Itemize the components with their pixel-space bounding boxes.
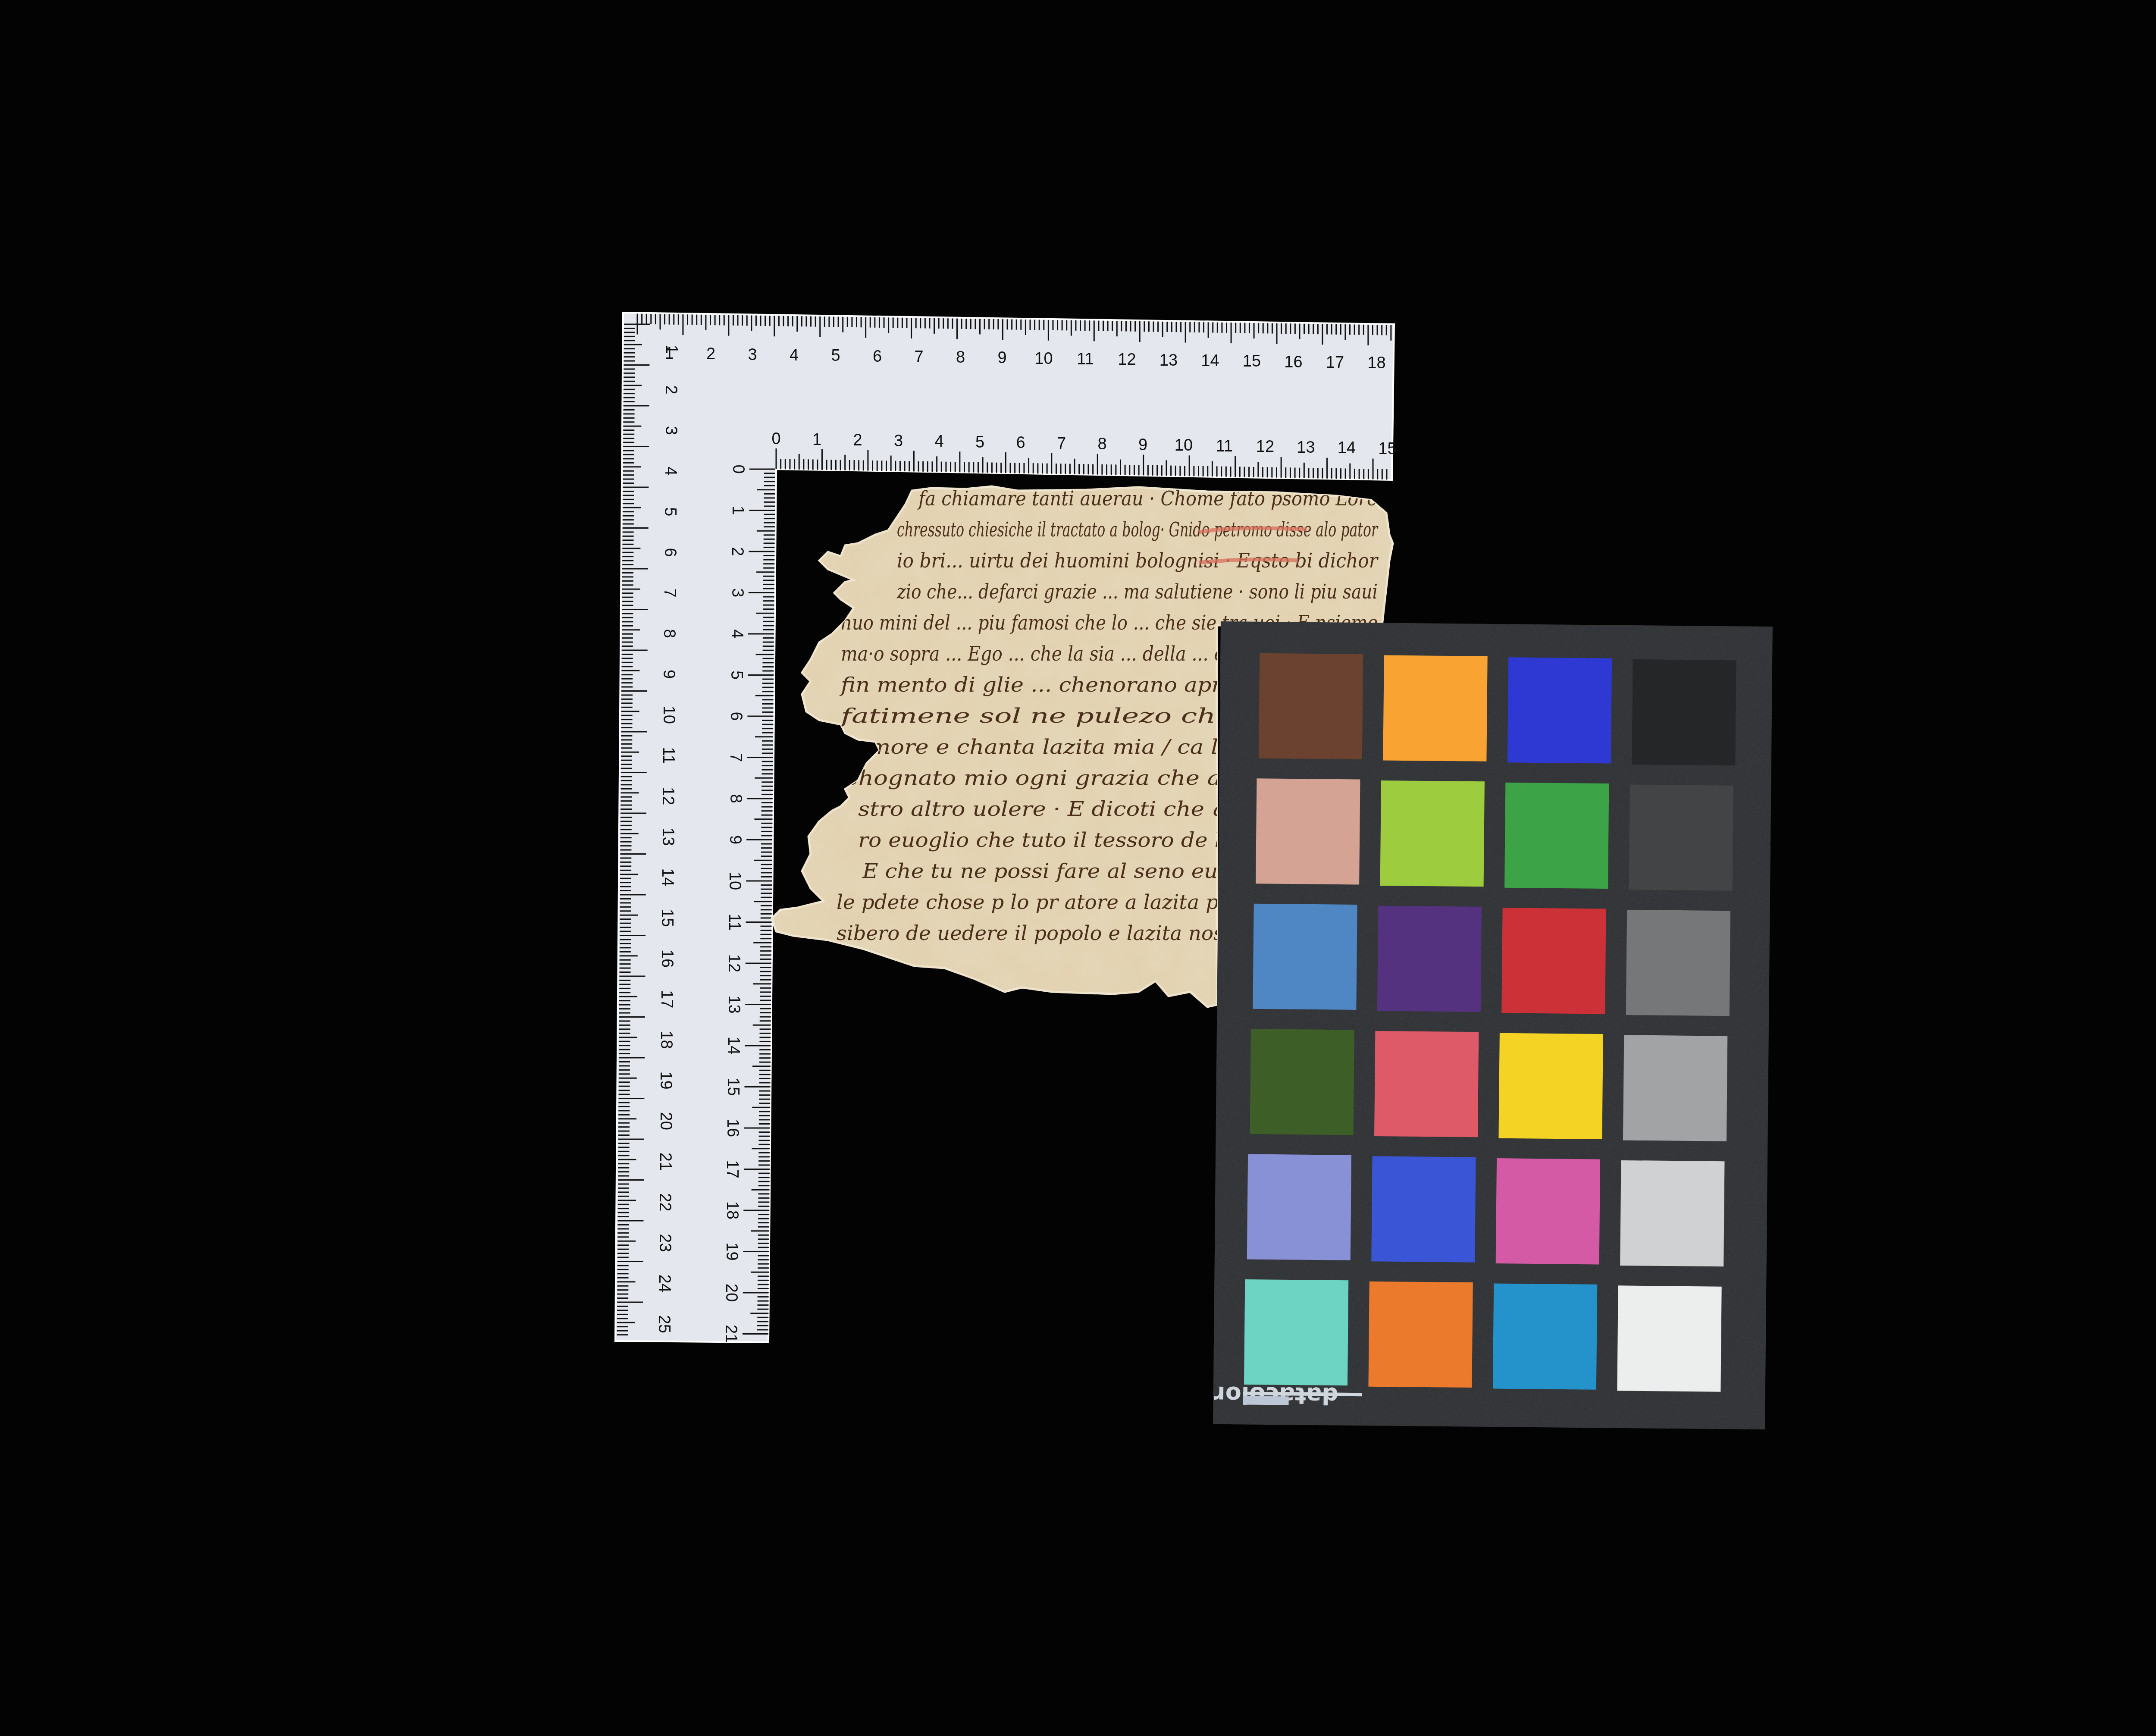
color-patch-r6-c3 <box>1493 1284 1597 1390</box>
color-patch-r6-c4 <box>1617 1285 1721 1391</box>
ruler-label-outer-left: 10 <box>660 706 678 724</box>
ruler-label-inner-top: 7 <box>1057 435 1066 453</box>
ruler-label-inner-left: 13 <box>725 995 743 1013</box>
color-patch-r2-c1 <box>1256 778 1360 884</box>
color-patch-r3-c2 <box>1377 906 1482 1012</box>
ruler-label-outer-left: 23 <box>656 1234 674 1252</box>
ruler-label-outer-left: 3 <box>662 426 680 435</box>
ruler-label-outer-top: 9 <box>997 349 1006 367</box>
logo-bar <box>1243 1396 1289 1405</box>
ruler-label-inner-left: 11 <box>725 914 743 931</box>
ruler-label-outer-left: 7 <box>661 589 679 598</box>
ruler-label-inner-left: 16 <box>724 1119 742 1137</box>
color-patch-r1-c3 <box>1507 657 1612 763</box>
ruler-label-inner-left: 10 <box>726 872 744 890</box>
ruler-label-outer-top: 16 <box>1284 353 1302 371</box>
color-patch-r5-c1 <box>1247 1154 1351 1260</box>
ruler-label-inner-top: 3 <box>894 432 903 450</box>
ruler-label-inner-left: 12 <box>725 954 743 972</box>
ruler-label-inner-left: 20 <box>722 1284 740 1302</box>
color-patch-r5-c3 <box>1496 1158 1600 1264</box>
color-patch-r5-c2 <box>1371 1156 1476 1262</box>
ruler-label-inner-left: 17 <box>723 1160 741 1178</box>
ruler-label-inner-top: 12 <box>1256 438 1274 456</box>
ruler-label-outer-top: 17 <box>1326 354 1344 372</box>
ruler-label-outer-top: 6 <box>873 348 882 366</box>
manuscript-line: io bri... uirtu dei huomini bolognisi · … <box>897 549 1379 572</box>
ruler-label-inner-left: 1 <box>729 506 747 515</box>
color-patch-r2-c2 <box>1380 780 1485 887</box>
color-patch-r5-c4 <box>1620 1160 1724 1266</box>
color-patch-r3-c1 <box>1253 904 1357 1010</box>
color-patch-r1-c1 <box>1259 653 1363 759</box>
ruler-label-outer-left: 13 <box>659 827 677 846</box>
ruler-label-inner-left: 15 <box>724 1078 742 1096</box>
ruler-label-outer-top: 11 <box>1077 350 1094 368</box>
ruler-label-outer-left: 9 <box>660 670 678 679</box>
ruler-label-outer-left: 2 <box>662 385 680 395</box>
ruler-label-outer-left: 8 <box>660 629 678 638</box>
ruler-label-outer-left: 12 <box>659 787 677 805</box>
ruler-label-outer-top: 15 <box>1243 352 1261 370</box>
ruler-label-inner-top: 10 <box>1175 436 1193 454</box>
ruler-label-inner-left: 6 <box>727 711 745 721</box>
color-patch-r3-c3 <box>1501 908 1606 1014</box>
ruler-label-outer-top: 8 <box>956 348 965 367</box>
ruler-label-outer-top: 10 <box>1034 350 1053 368</box>
ruler-label-inner-top: 4 <box>934 432 943 451</box>
ruler-label-inner-left: 21 <box>722 1325 740 1343</box>
ruler-label-inner-left: 14 <box>724 1037 743 1055</box>
ruler-label-outer-left: 15 <box>658 909 676 927</box>
color-patch-r6-c1 <box>1244 1279 1348 1385</box>
ruler-label-inner-left: 3 <box>728 588 746 597</box>
ruler-label-outer-left: 21 <box>656 1153 674 1171</box>
ruler-label-inner-top: 5 <box>975 433 984 451</box>
ruler-label-outer-left: 18 <box>657 1031 675 1049</box>
ruler-label-inner-left: 4 <box>728 629 746 638</box>
color-patch-r4-c4 <box>1623 1035 1727 1141</box>
color-patch-r4-c1 <box>1250 1029 1354 1135</box>
ruler-label-inner-top: 6 <box>1016 434 1025 452</box>
ruler-label-outer-top: 14 <box>1201 352 1219 370</box>
ruler-label-inner-top: 13 <box>1297 439 1315 457</box>
ruler-label-inner-left: 9 <box>726 835 744 844</box>
ruler-label-outer-top: 12 <box>1118 351 1136 369</box>
ruler-label-inner-left: 7 <box>727 753 745 762</box>
ruler-label-inner-top: 15 <box>1378 440 1396 458</box>
ruler-label-outer-top: 18 <box>1367 354 1385 372</box>
color-patch-r2-c3 <box>1504 783 1609 889</box>
ruler-label-inner-top: 9 <box>1138 436 1147 454</box>
ruler-label-outer-top: 13 <box>1159 351 1178 370</box>
ruler-label-outer-left: 11 <box>659 747 677 764</box>
color-patch-r1-c2 <box>1383 655 1487 761</box>
ruler-label-outer-left: 4 <box>661 467 680 476</box>
ruler-label-outer-left: 17 <box>658 990 676 1008</box>
archival-photo-scene: 1234567891011121314151617180123456789101… <box>0 0 2156 1736</box>
ruler-label-inner-top: 14 <box>1338 439 1356 457</box>
ruler-label-outer-left: 19 <box>657 1071 675 1089</box>
ruler-label-inner-top: 11 <box>1216 437 1233 455</box>
ruler-label-outer-left: 22 <box>656 1193 674 1211</box>
color-checker-card: datacolor <box>1213 621 1773 1429</box>
ruler-label-outer-top: 5 <box>831 347 840 365</box>
ruler-label-inner-left: 19 <box>723 1242 741 1260</box>
ruler-label-outer-left: 14 <box>658 868 677 886</box>
ruler-label-outer-left: 16 <box>658 949 676 968</box>
color-patch-r1-c4 <box>1632 659 1736 765</box>
ruler-label-outer-top: 3 <box>748 346 757 364</box>
ruler-label-inner-left: 2 <box>728 547 746 556</box>
color-patch-r2-c4 <box>1629 785 1733 891</box>
ruler-label-outer-top: 2 <box>706 345 715 363</box>
ruler-label-outer-top: 7 <box>914 348 923 366</box>
manuscript-line: zio che... defarci grazie ... ma salutie… <box>896 580 1378 603</box>
color-patch-r3-c4 <box>1626 910 1730 1016</box>
ruler-label-inner-left: 5 <box>727 671 746 680</box>
ruler-label-outer-left: 1 <box>662 345 680 354</box>
ruler-label-inner-left: 8 <box>727 794 745 803</box>
ruler-label-outer-left: 25 <box>655 1315 673 1333</box>
ruler-label-inner-top: 2 <box>853 431 862 449</box>
ruler-label-inner-top: 1 <box>812 431 821 449</box>
ruler-label-outer-left: 24 <box>655 1274 674 1292</box>
color-patch-r6-c2 <box>1368 1282 1473 1388</box>
color-patch-r4-c3 <box>1498 1033 1603 1139</box>
ruler-label-inner-left: 0 <box>729 464 747 473</box>
ruler-label-outer-left: 5 <box>661 507 679 516</box>
ruler-label-outer-left: 6 <box>661 548 679 557</box>
ruler-label-inner-left: 18 <box>723 1201 741 1219</box>
ruler-label-inner-top: 8 <box>1097 435 1106 453</box>
ruler-label-outer-top: 4 <box>790 346 799 364</box>
ruler-label-outer-left: 20 <box>657 1112 675 1130</box>
color-patch-r4-c2 <box>1374 1031 1479 1137</box>
ruler-label-inner-top: 0 <box>771 430 780 448</box>
